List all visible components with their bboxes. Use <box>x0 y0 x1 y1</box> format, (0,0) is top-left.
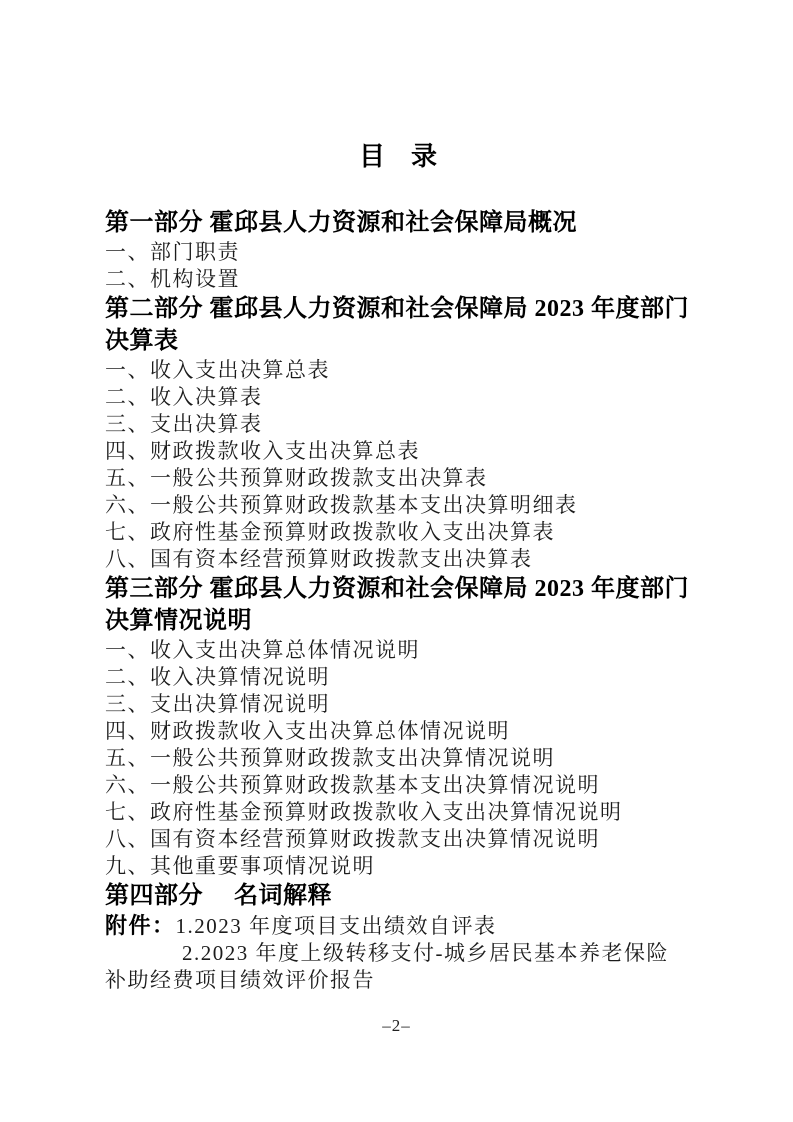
toc-item: 八、国有资本经营预算财政拨款支出决算表 <box>105 546 691 573</box>
attachment-text: 1.2023 年度项目支出绩效自评表 <box>176 914 497 938</box>
toc-item: 六、一般公共预算财政拨款基本支出决算明细表 <box>105 492 691 519</box>
toc-section-heading: 第二部分 霍邱县人力资源和社会保障局 2023 年度部门 <box>105 293 691 325</box>
toc-item: 八、国有资本经营预算财政拨款支出决算情况说明 <box>105 826 691 853</box>
toc-item: 二、机构设置 <box>105 266 691 293</box>
toc-section-heading: 决算情况说明 <box>105 605 691 637</box>
toc-list: 第一部分 霍邱县人力资源和社会保障局概况一、部门职责二、机构设置第二部分 霍邱县… <box>105 207 691 994</box>
toc-item: 九、其他重要事项情况说明 <box>105 853 691 880</box>
toc-item: 四、财政拨款收入支出决算总体情况说明 <box>105 718 691 745</box>
toc-section-heading: 决算表 <box>105 325 691 357</box>
toc-item: 一、收入支出决算总体情况说明 <box>105 637 691 664</box>
toc-item: 五、一般公共预算财政拨款支出决算表 <box>105 465 691 492</box>
toc-item: 七、政府性基金预算财政拨款收入支出决算情况说明 <box>105 799 691 826</box>
table-of-contents: 目 录 第一部分 霍邱县人力资源和社会保障局概况一、部门职责二、机构设置第二部分… <box>105 141 691 994</box>
toc-item: 2.2023 年度上级转移支付-城乡居民基本养老保险 <box>105 940 691 967</box>
toc-item: 一、收入支出决算总表 <box>105 357 691 384</box>
toc-item: 补助经费项目绩效评价报告 <box>105 967 691 994</box>
toc-item: 二、收入决算表 <box>105 384 691 411</box>
toc-attachment-line: 附件：1.2023 年度项目支出绩效自评表 <box>105 912 691 940</box>
toc-item: 五、一般公共预算财政拨款支出决算情况说明 <box>105 745 691 772</box>
toc-item: 二、收入决算情况说明 <box>105 664 691 691</box>
page-number: –2– <box>0 1016 793 1036</box>
toc-section-heading: 第三部分 霍邱县人力资源和社会保障局 2023 年度部门 <box>105 573 691 605</box>
toc-item: 四、财政拨款收入支出决算总表 <box>105 438 691 465</box>
toc-item: 七、政府性基金预算财政拨款收入支出决算表 <box>105 519 691 546</box>
toc-section-heading: 第四部分 名词解释 <box>105 880 691 912</box>
toc-item: 一、部门职责 <box>105 239 691 266</box>
toc-item: 三、支出决算表 <box>105 411 691 438</box>
toc-item: 六、一般公共预算财政拨款基本支出决算情况说明 <box>105 772 691 799</box>
page-title: 目 录 <box>105 141 691 173</box>
toc-section-heading: 第一部分 霍邱县人力资源和社会保障局概况 <box>105 207 691 239</box>
toc-item: 三、支出决算情况说明 <box>105 691 691 718</box>
document-page: 目 录 第一部分 霍邱县人力资源和社会保障局概况一、部门职责二、机构设置第二部分… <box>0 0 793 1122</box>
attachment-label: 附件： <box>105 913 176 938</box>
